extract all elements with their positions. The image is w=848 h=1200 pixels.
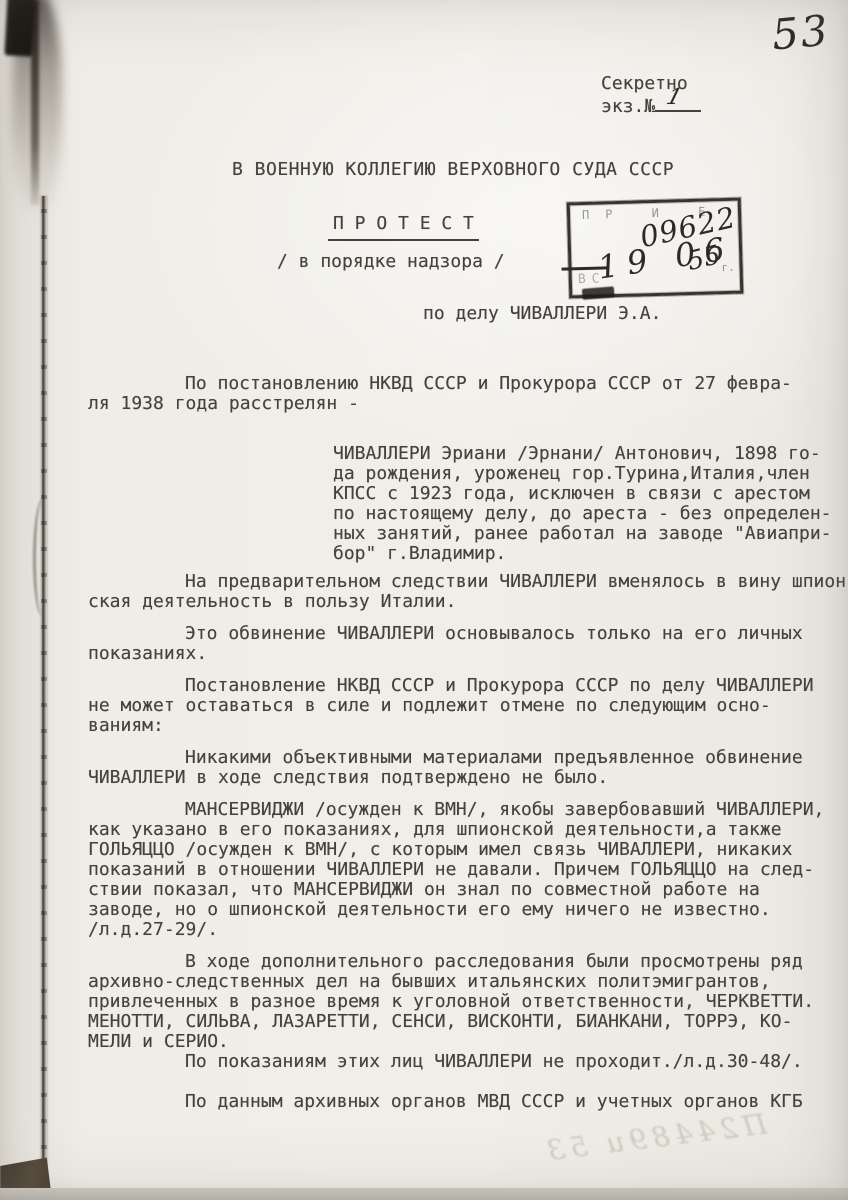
page-edge-shadow — [0, 1188, 848, 1200]
registration-stamp: ПР И Е 09622 19 06 55 г. ВС — [567, 198, 744, 299]
document-line: На предварительном следствии ЧИВАЛЛЕРИ в… — [88, 572, 848, 592]
case-line: по делу ЧИВАЛЛЕРИ Э.А. — [423, 304, 661, 324]
handwritten-sheet-number: 53 — [770, 6, 832, 60]
paragraph: По постановлению НКВД СССР и Прокурора С… — [88, 374, 848, 414]
document-line: не может оставаться в силе и подлежит от… — [88, 696, 848, 716]
document-line: По показаниям этих лиц ЧИВАЛЛЕРИ не прох… — [88, 1052, 848, 1072]
document-line: По постановлению НКВД СССР и Прокурора С… — [88, 374, 848, 394]
copy-number-line: экз.№1 — [601, 94, 701, 117]
document-line: показаниях. — [88, 644, 848, 664]
paragraph: Это обвинение ЧИВАЛЛЕРИ основывалось тол… — [88, 624, 848, 664]
binding-crease-kink — [33, 498, 52, 616]
document-line: да рождения, уроженец гор.Турина,Италия,… — [333, 464, 848, 484]
document-line: по настоящему делу, до ареста - без опре… — [333, 504, 848, 524]
document-line: архивно-следственных дел на бывших италь… — [88, 972, 848, 992]
document-line: В ходе дополнительного расследования был… — [88, 952, 848, 972]
stamp-handwritten-year: 55 — [684, 240, 723, 277]
secrecy-block: Секретно экз.№1 — [601, 74, 701, 117]
paragraph: Никакими объективными материалами предъя… — [88, 748, 848, 788]
document-line: МАНСЕРВИДЖИ /осужден к ВМН/, якобы завер… — [88, 800, 848, 820]
document-body: По постановлению НКВД СССР и Прокурора С… — [88, 374, 848, 1124]
secrecy-label: Секретно — [601, 74, 701, 94]
binding-ink-blob — [4, 0, 35, 57]
paragraph: На предварительном следствии ЧИВАЛЛЕРИ в… — [88, 572, 848, 612]
document-line: ствии показал, что МАНСЕРВИДЖИ он знал п… — [88, 880, 848, 900]
scanned-document-page: 53 Секретно экз.№1 В ВОЕННУЮ КОЛЛЕГИЮ ВЕ… — [0, 0, 848, 1200]
document-line: бор" г.Владимир. — [333, 544, 848, 564]
copy-number-underline: 1 — [655, 94, 701, 112]
paragraph: В ходе дополнительного расследования был… — [88, 952, 848, 1052]
paragraph: ЧИВАЛЛЕРИ Эриани /Эрнани/ Антонович, 189… — [333, 444, 848, 564]
document-title: П Р О Т Е С Т — [328, 214, 479, 241]
paragraph: По показаниям этих лиц ЧИВАЛЛЕРИ не прох… — [88, 1052, 848, 1072]
document-line: как указано в его показаниях, для шпионс… — [88, 820, 848, 840]
document-line: МЕЛИ и СЕРИО. — [88, 1032, 848, 1052]
stamp-year-suffix: г. — [721, 261, 735, 274]
document-line: Это обвинение ЧИВАЛЛЕРИ основывалось тол… — [88, 624, 848, 644]
copy-label: экз.№ — [601, 96, 655, 117]
document-line: Постановление НКВД СССР и Прокурора СССР… — [88, 676, 848, 696]
document-line: ГОЛЬЯЦЦО /осужден к ВМН/, с которым имел… — [88, 840, 848, 860]
stamp-printed-bottom: ВС — [578, 271, 606, 287]
document-line: показаний в отношении ЧИВАЛЛЕРИ не давал… — [88, 860, 848, 880]
document-line: ЧИВАЛЛЕРИ в ходе следствия подтверждено … — [88, 768, 848, 788]
document-line: ля 1938 года расстрелян - — [88, 394, 848, 414]
recipient-line: В ВОЕННУЮ КОЛЛЕГИЮ ВЕРХОВНОГО СУДА СССР — [232, 160, 674, 180]
document-line: привлеченных в разное время к уголовной … — [88, 992, 848, 1012]
document-line: По данным архивных органов МВД СССР и уч… — [88, 1092, 848, 1112]
document-line: МЕНОТТИ, СИЛЬВА, ЛАЗАРЕТТИ, СЕНСИ, ВИСКО… — [88, 1012, 848, 1032]
paragraph: Постановление НКВД СССР и Прокурора СССР… — [88, 676, 848, 736]
stamp-ink-smear — [582, 286, 615, 300]
document-line: заводе, но о шпионской деятельности его … — [88, 900, 848, 920]
paragraph: По данным архивных органов МВД СССР и уч… — [88, 1092, 848, 1112]
document-line: /л.д.27-29/. — [88, 920, 848, 940]
document-line: КПСС с 1923 года, исключен в связи с аре… — [333, 484, 848, 504]
document-line: Никакими объективными материалами предъя… — [88, 748, 848, 768]
binding-crease-line — [41, 196, 47, 1164]
paragraph: МАНСЕРВИДЖИ /осужден к ВМН/, якобы завер… — [88, 800, 848, 940]
document-line: ЧИВАЛЛЕРИ Эриани /Эрнани/ Антонович, 189… — [333, 444, 848, 464]
document-subtitle: / в порядке надзора / — [277, 252, 505, 272]
document-line: ных занятий, ранее работал на заводе "Ав… — [333, 524, 848, 544]
document-line: ваниям: — [88, 716, 848, 736]
document-line: ская деятельность в пользу Италии. — [88, 592, 848, 612]
